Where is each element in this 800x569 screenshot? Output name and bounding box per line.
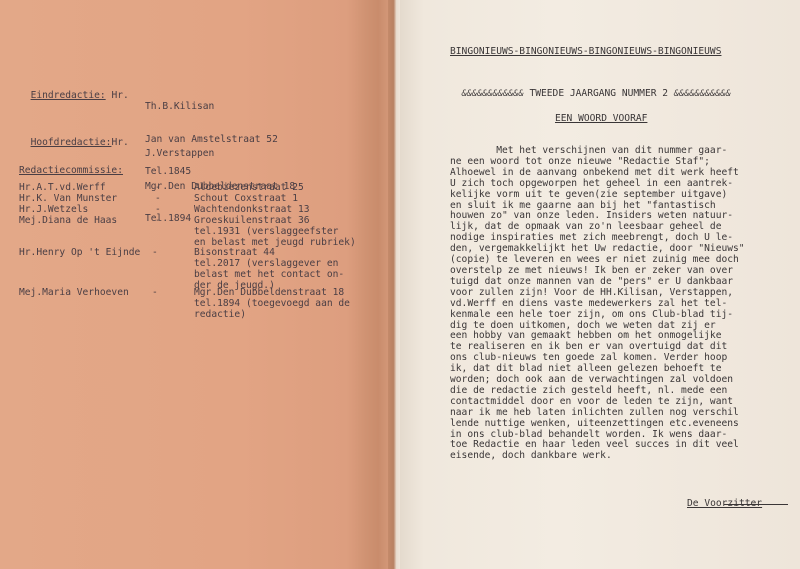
hoofdredactie-label: Hoofdredactie: <box>31 137 112 148</box>
eindredactie-name: Th.B.Kilisan <box>145 102 278 113</box>
member-dash: - <box>155 216 161 227</box>
eindredactie-title: Hr. <box>111 90 128 101</box>
member-address: Mgr.Den Dubbeldenstraat 18tel.1894 (toeg… <box>194 288 350 321</box>
member-dash: - <box>152 248 158 259</box>
article-line: U zich toch opgeworpen het geheel in een… <box>450 179 745 190</box>
ornament-left: &&&&&&&&&&&& <box>462 89 524 99</box>
issue-text: TWEEDE JAARGANG NUMMER 2 <box>529 88 668 99</box>
article-line: kelijke vorm uit te geven(zie september … <box>450 190 745 201</box>
masthead: BINGONIEUWS-BINGONIEUWS-BINGONIEUWS-BING… <box>450 47 721 58</box>
member-name: Hr.Henry Op 't Eijnde <box>19 248 140 259</box>
member-name: Mej.Maria Verhoeven <box>19 288 129 299</box>
eindredactie-block: Eindredactie: Hr. <box>19 80 129 102</box>
article-line: kenmale een hele toer zijn, om ons Club-… <box>450 310 745 321</box>
issue-line: &&&&&&&&&&&& TWEEDE JAARGANG NUMMER 2 &&… <box>450 78 731 100</box>
member-address-line: redactie) <box>194 310 350 321</box>
member-name: Mej.Diana de Haas <box>19 216 117 227</box>
article-heading: EEN WOORD VOORAF <box>555 114 647 125</box>
hoofdredactie-title: Hr. <box>111 137 128 148</box>
hoofdredactie-name: J.Verstappen <box>145 149 295 160</box>
hoofdredactie-block: Hoofdredactie:Hr. <box>19 127 129 149</box>
redactiecommissie-label: Redactiecommissie: <box>19 166 123 177</box>
article-line: vd.Werff en diens vaste medewerkers zal … <box>450 299 745 310</box>
ornament-right: &&&&&&&&&&& <box>674 89 731 99</box>
article-line: lende nuttige wenken, uiteenzettingen et… <box>450 419 745 430</box>
eindredactie-label: Eindredactie: <box>31 90 106 101</box>
member-dash: - <box>152 288 158 299</box>
signature: De Voorzitter <box>687 499 762 510</box>
member-address: Groeskuilenstraat 36tel.1931 (verslaggee… <box>194 216 356 249</box>
member-address: Bisonstraat 44tel.2017 (verslaggever enb… <box>194 248 344 292</box>
article-line: eisende, doch dankbare werk. <box>450 451 745 462</box>
article-body: Met het verschijnen van dit nummer gaar-… <box>450 146 745 462</box>
